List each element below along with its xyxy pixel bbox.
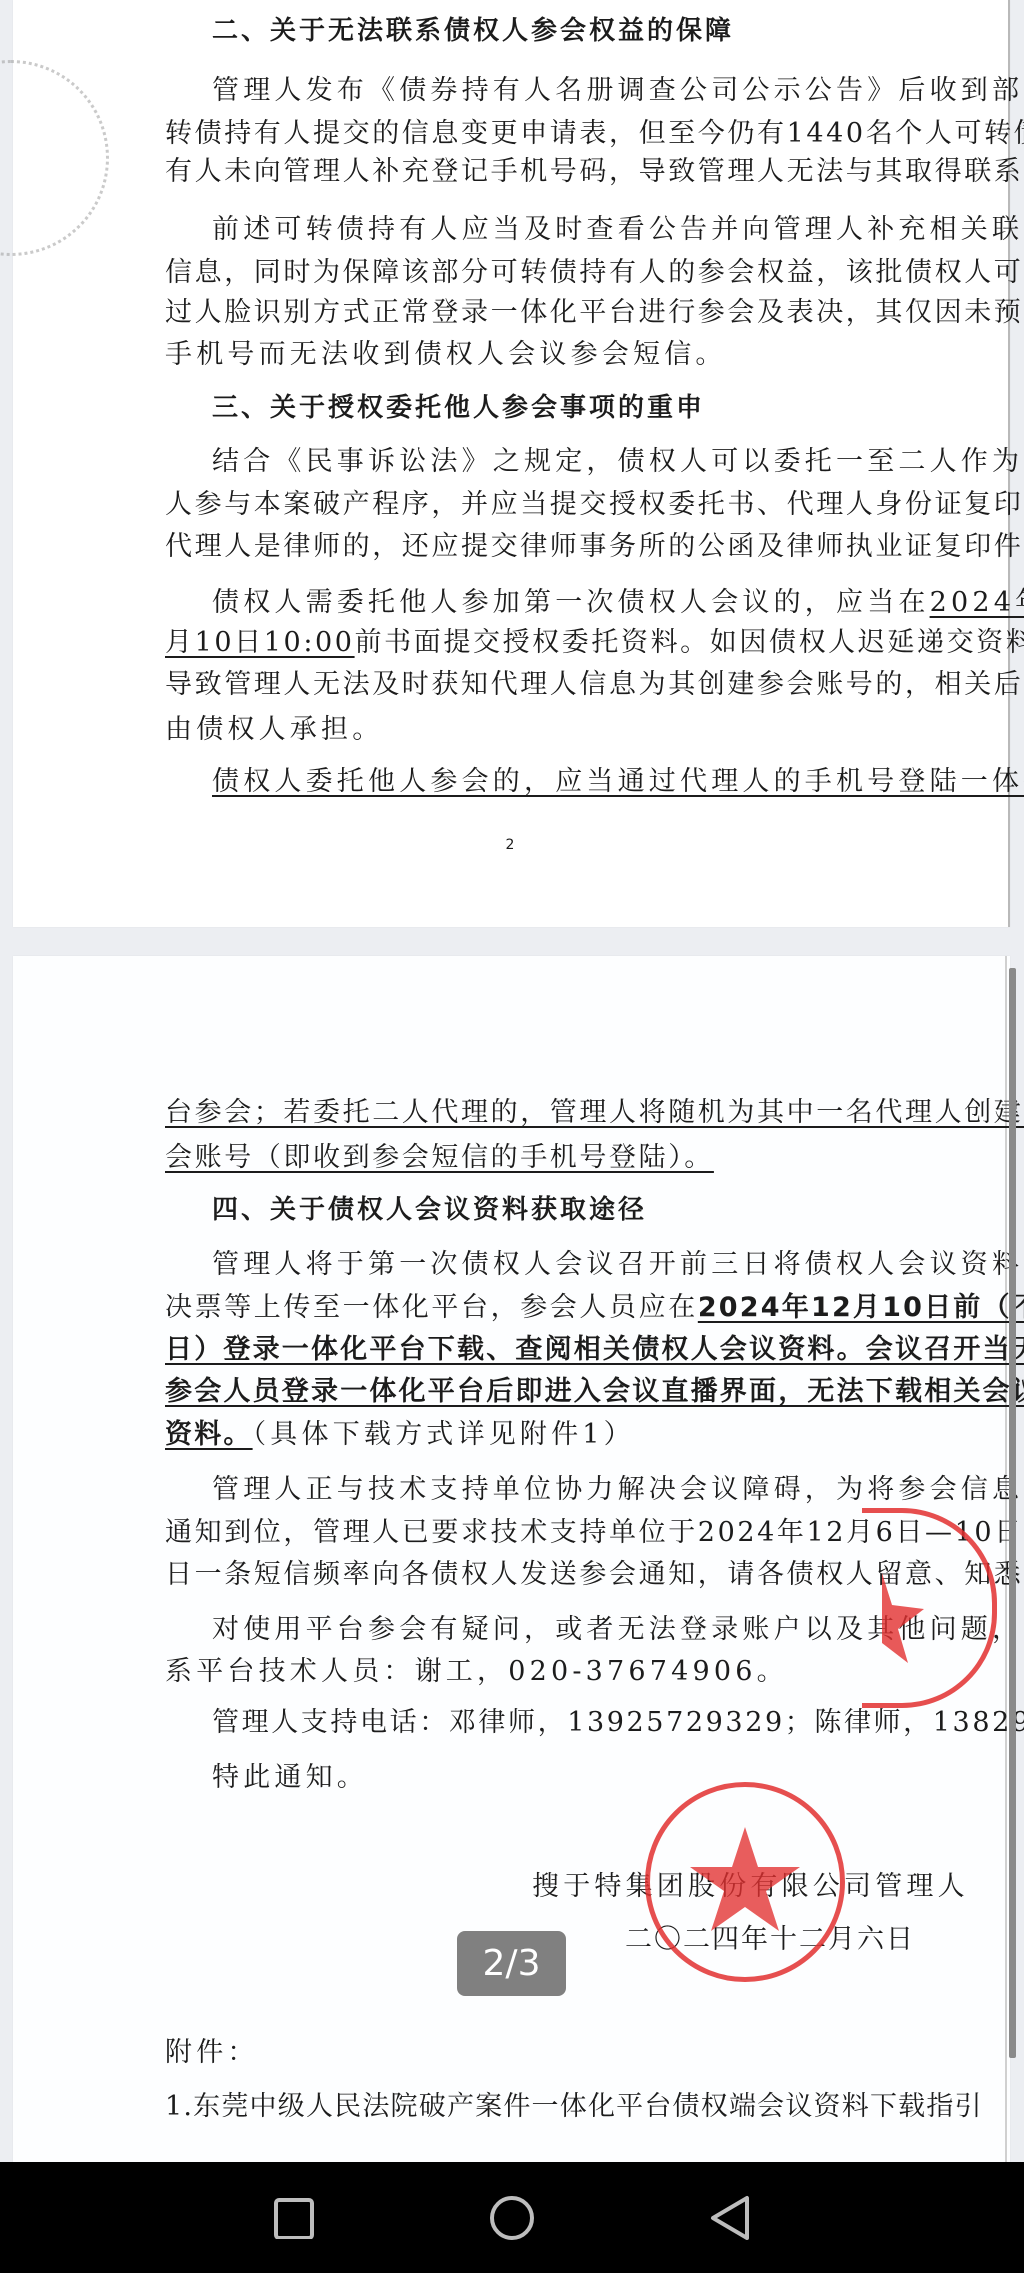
back-triangle-icon bbox=[709, 2194, 751, 2242]
paragraph-line: 前述可转债持有人应当及时查看公告并向管理人补充相关联络 bbox=[212, 213, 1024, 247]
section-heading-4: 四、关于债权人会议资料获取途径 bbox=[212, 1193, 647, 1227]
paragraph-line: 会账号（即收到参会短信的手机号登陆）。 bbox=[165, 1141, 714, 1175]
bold-underlined-text: 参会人员登录一体化平台后即进入会议直播界面，无法下载相关会议 bbox=[165, 1376, 1024, 1407]
paragraph-line: 资料。（具体下载方式详见附件1） bbox=[165, 1418, 635, 1452]
paragraph-line: 债权人需委托他人参加第一次债权人会议的，应当在2024年12 bbox=[212, 586, 1024, 620]
page-number: 2 bbox=[506, 837, 515, 853]
paragraph-line: 月10日10:00前书面提交授权委托资料。如因债权人迟延递交资料， bbox=[165, 626, 1024, 660]
paragraph-line: 日）登录一体化平台下载、查阅相关债权人会议资料。会议召开当天， bbox=[165, 1333, 1024, 1367]
paragraph-line: 管理人发布《债券持有人名册调查公司公示公告》后收到部分可 bbox=[212, 74, 1024, 108]
paragraph-line: 系平台技术人员：谢工，020-37674906。 bbox=[165, 1655, 788, 1689]
paragraph-line: 有人未向管理人补充登记手机号码，导致管理人无法与其取得联系。 bbox=[165, 155, 1024, 189]
section-heading-2: 二、关于无法联系债权人参会权益的保障 bbox=[212, 14, 734, 48]
line-text: 前书面提交授权委托资料。如因债权人迟延递交资料， bbox=[355, 627, 1024, 658]
underlined-text: 会账号（即收到参会短信的手机号登陆）。 bbox=[165, 1142, 714, 1173]
paragraph-line: 管理人正与技术支持单位协力解决会议障碍，为将参会信息充分 bbox=[212, 1473, 1024, 1507]
line-text: 债权人需委托他人参加第一次债权人会议的，应当在 bbox=[212, 587, 930, 618]
paragraph-line: 决票等上传至一体化平台，参会人员应在2024年12月10日前（不含当 bbox=[165, 1291, 1024, 1325]
paragraph-line: 导致管理人无法及时获知代理人信息为其创建参会账号的，相关后果 bbox=[165, 668, 1024, 702]
square-icon bbox=[273, 2197, 315, 2239]
faded-seal bbox=[0, 60, 109, 256]
section-heading-3: 三、关于授权委托他人参会事项的重申 bbox=[212, 391, 705, 425]
paragraph-line: 过人脸识别方式正常登录一体化平台进行参会及表决，其仅因未预留 bbox=[165, 296, 1024, 330]
attachment-item: 1.东莞中级人民法院破产案件一体化平台债权端会议资料下载指引 bbox=[165, 2090, 983, 2124]
deadline-underlined: 月10日10:00 bbox=[165, 627, 355, 658]
line-text: 决票等上传至一体化平台，参会人员应在 bbox=[165, 1292, 698, 1323]
attachment-label: 附件： bbox=[165, 2036, 259, 2070]
circle-icon bbox=[488, 2194, 536, 2242]
paragraph-line: 债权人委托他人参会的，应当通过代理人的手机号登陆一体化平 bbox=[212, 765, 1024, 799]
recent-apps-button[interactable] bbox=[234, 2162, 354, 2273]
paragraph-line: 对使用平台参会有疑问，或者无法登录账户以及其他问题，可联 bbox=[212, 1613, 1024, 1647]
line-text: （具体下载方式详见附件1） bbox=[253, 1419, 635, 1450]
paragraph-line: 管理人将于第一次债权人会议召开前三日将债权人会议资料、表 bbox=[212, 1248, 1024, 1282]
back-button[interactable] bbox=[670, 2162, 790, 2273]
paragraph-line: 结合《民事诉讼法》之规定，债权人可以委托一至二人作为代理 bbox=[212, 445, 1024, 479]
paragraph-line: 人参与本案破产程序，并应当提交授权委托书、代理人身份证复印件； bbox=[165, 488, 1024, 522]
paragraph-line: 手机号而无法收到债权人会议参会短信。 bbox=[165, 338, 727, 372]
paragraph-line: 管理人支持电话：邓律师，13925729329；陈律师，13829114493。 bbox=[212, 1706, 1024, 1740]
home-button[interactable] bbox=[452, 2162, 572, 2273]
paragraph-line: 日一条短信频率向各债权人发送参会通知，请各债权人留意、知悉。 bbox=[165, 1558, 1024, 1592]
paragraph-line: 转债持有人提交的信息变更申请表，但至今仍有1440名个人可转债持 bbox=[165, 117, 1024, 151]
paragraph-line: 由债权人承担。 bbox=[165, 713, 383, 747]
paragraph-line: 参会人员登录一体化平台后即进入会议直播界面，无法下载相关会议 bbox=[165, 1375, 1024, 1409]
paragraph-line: 台参会；若委托二人代理的，管理人将随机为其中一名代理人创建参 bbox=[165, 1096, 1024, 1130]
underlined-text: 台参会；若委托二人代理的，管理人将随机为其中一名代理人创建参 bbox=[165, 1097, 1024, 1128]
navigation-bar bbox=[0, 2162, 1024, 2273]
bold-underlined-text: 资料。 bbox=[165, 1419, 253, 1450]
paragraph-line: 代理人是律师的，还应提交律师事务所的公函及律师执业证复印件。 bbox=[165, 530, 1024, 564]
deadline-underlined: 2024年12 bbox=[930, 587, 1024, 618]
date-line: 二〇二四年十二月六日 bbox=[625, 1923, 915, 1957]
signature-line: 搜于特集团股份有限公司管理人 bbox=[532, 1870, 969, 1904]
page-indicator: 2/3 bbox=[457, 1931, 566, 1996]
paragraph-line: 特此通知。 bbox=[212, 1761, 368, 1795]
bold-underlined-text: 2024年12月10日前（不含当 bbox=[698, 1292, 1024, 1323]
scrollbar[interactable] bbox=[1009, 968, 1016, 2058]
paragraph-line: 通知到位，管理人已要求技术支持单位于2024年12月6日—10日以每 bbox=[165, 1516, 1024, 1550]
underlined-text: 债权人委托他人参会的，应当通过代理人的手机号登陆一体化平 bbox=[212, 766, 1024, 797]
paragraph-line: 信息，同时为保障该部分可转债持有人的参会权益，该批债权人可通 bbox=[165, 256, 1024, 290]
bold-underlined-text: 日）登录一体化平台下载、查阅相关债权人会议资料。会议召开当天， bbox=[165, 1334, 1024, 1365]
